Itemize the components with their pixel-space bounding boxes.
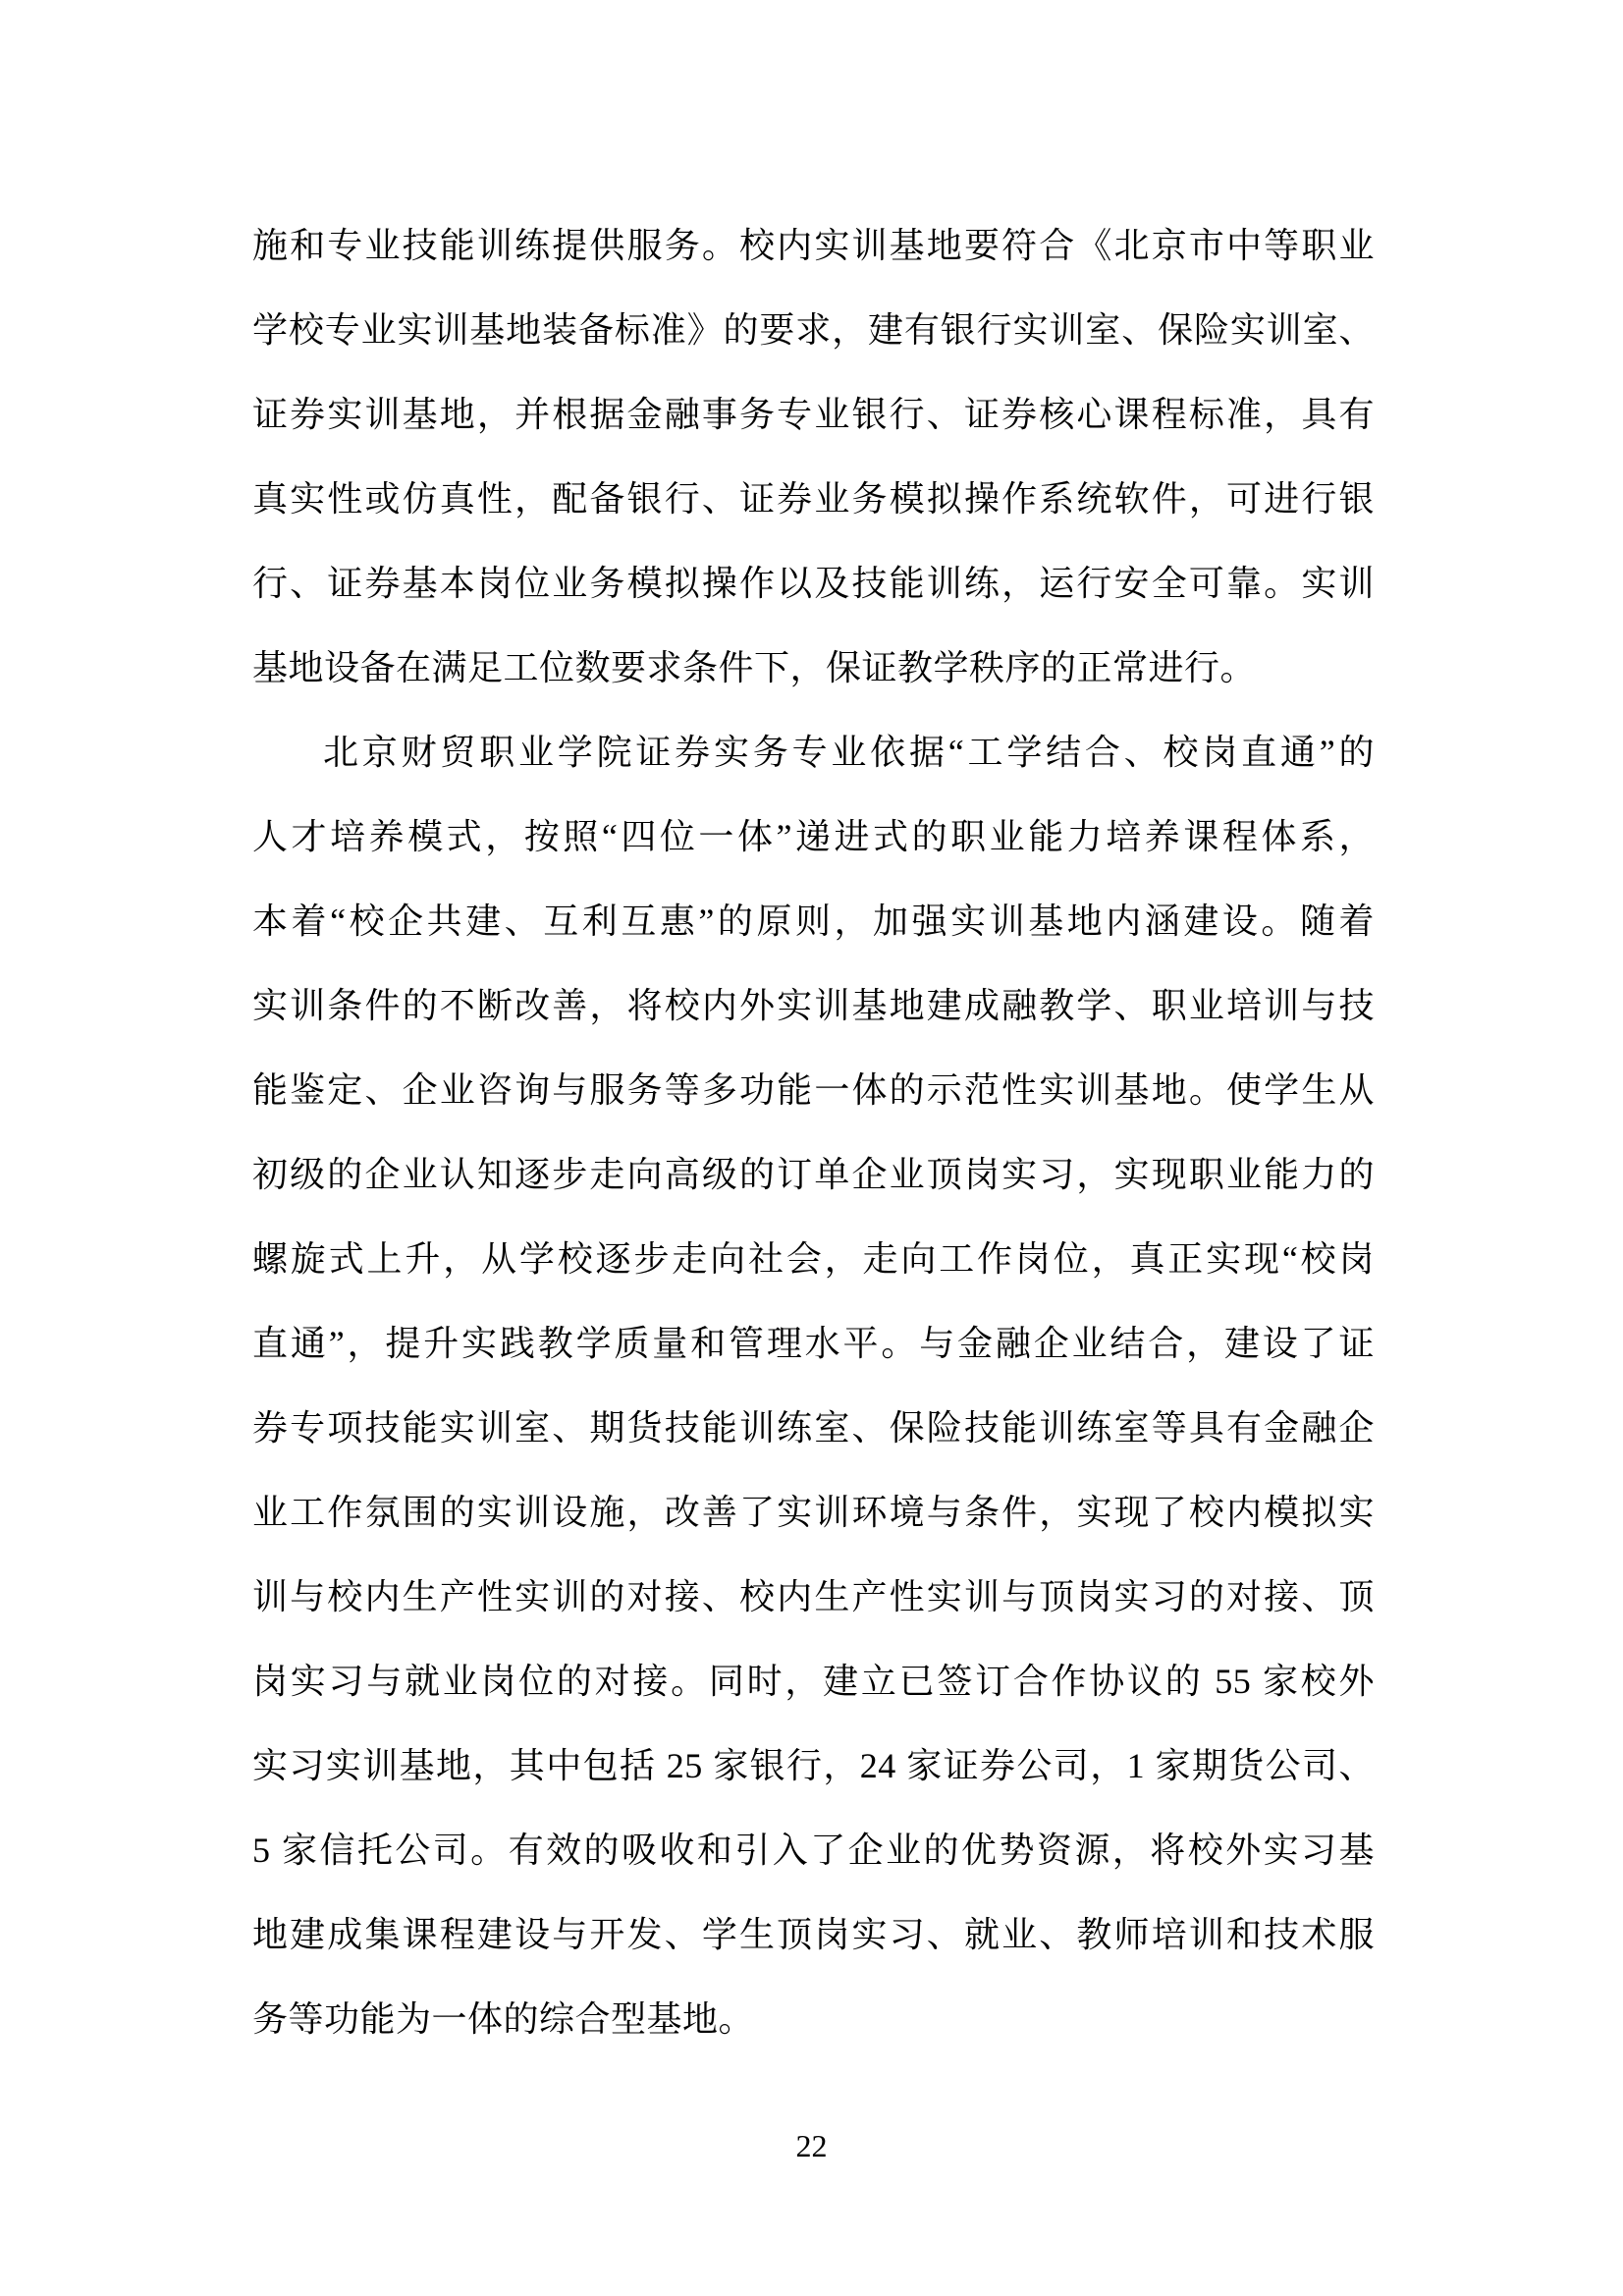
text-line: 施和专业技能训练提供服务。校内实训基地要符合《北京市中等职业 (252, 203, 1375, 288)
text-line: 学校专业实训基地装备标准》的要求，建有银行实训室、保险实训室、 (252, 288, 1375, 372)
text-line: 基地设备在满足工位数要求条件下，保证教学秩序的正常进行。 (252, 626, 1375, 710)
text-line: 真实性或仿真性，配备银行、证券业务模拟操作系统软件，可进行银 (252, 457, 1375, 541)
text-line: 人才培养模式，按照“四位一体”递进式的职业能力培养课程体系， (252, 794, 1375, 879)
text-line: 实训条件的不断改善，将校内外实训基地建成融教学、职业培训与技 (252, 963, 1375, 1048)
paragraph: 施和专业技能训练提供服务。校内实训基地要符合《北京市中等职业学校专业实训基地装备… (252, 203, 1375, 710)
page-number: 22 (0, 2124, 1623, 2167)
text-line: 实习实训基地，其中包括 25 家银行，24 家证券公司，1 家期货公司、 (252, 1723, 1375, 1808)
text-line: 行、证券基本岗位业务模拟操作以及技能训练，运行安全可靠。实训 (252, 541, 1375, 626)
text-line: 5 家信托公司。有效的吸收和引入了企业的优势资源，将校外实习基 (252, 1808, 1375, 1892)
text-line: 业工作氛围的实训设施，改善了实训环境与条件，实现了校内模拟实 (252, 1470, 1375, 1555)
text-line: 本着“校企共建、互利互惠”的原则，加强实训基地内涵建设。随着 (252, 879, 1375, 963)
text-line: 证券实训基地，并根据金融事务专业银行、证券核心课程标准，具有 (252, 372, 1375, 457)
text-line: 能鉴定、企业咨询与服务等多功能一体的示范性实训基地。使学生从 (252, 1048, 1375, 1132)
text-line: 岗实习与就业岗位的对接。同时，建立已签订合作协议的 55 家校外 (252, 1639, 1375, 1723)
text-line: 训与校内生产性实训的对接、校内生产性实训与顶岗实习的对接、顶 (252, 1555, 1375, 1639)
text-line: 螺旋式上升，从学校逐步走向社会，走向工作岗位，真正实现“校岗 (252, 1217, 1375, 1301)
text-line: 北京财贸职业学院证券实务专业依据“工学结合、校岗直通”的 (252, 710, 1375, 794)
text-line: 务等功能为一体的综合型基地。 (252, 1977, 1375, 2061)
document-body: 施和专业技能训练提供服务。校内实训基地要符合《北京市中等职业学校专业实训基地装备… (252, 203, 1375, 2061)
document-page: 施和专业技能训练提供服务。校内实训基地要符合《北京市中等职业学校专业实训基地装备… (0, 0, 1623, 2296)
text-line: 券专项技能实训室、期货技能训练室、保险技能训练室等具有金融企 (252, 1386, 1375, 1470)
text-line: 地建成集课程建设与开发、学生顶岗实习、就业、教师培训和技术服 (252, 1892, 1375, 1977)
text-line: 直通”，提升实践教学质量和管理水平。与金融企业结合，建设了证 (252, 1301, 1375, 1386)
paragraph: 北京财贸职业学院证券实务专业依据“工学结合、校岗直通”的人才培养模式，按照“四位… (252, 710, 1375, 2061)
text-line: 初级的企业认知逐步走向高级的订单企业顶岗实习，实现职业能力的 (252, 1132, 1375, 1217)
